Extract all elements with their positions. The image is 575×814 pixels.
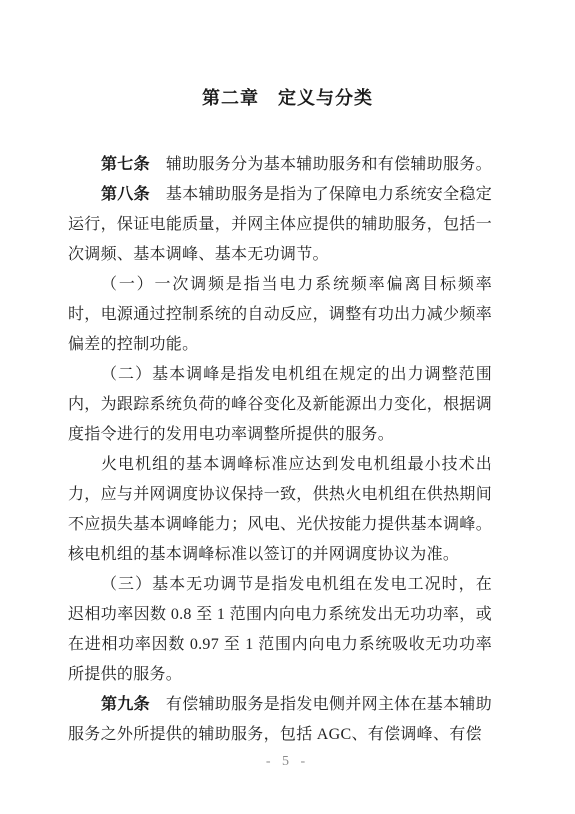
paragraph-article-8: 第八条基本辅助服务是指为了保障电力系统安全稳定运行，保证电能质量，并网主体应提供… [68, 180, 492, 270]
paragraph-item-2: （二）基本调峰是指发电机组在规定的出力调整范围内，为跟踪系统负荷的峰谷变化及新能… [68, 360, 492, 450]
paragraph-item-3: （三）基本无功调节是指发电机组在发电工况时，在迟相功率因数 0.8 至 1 范围… [68, 570, 492, 690]
paragraph-text: 辅助服务分为基本辅助服务和有偿辅助服务。 [166, 156, 492, 173]
article-number-label: 第七条 [101, 156, 150, 173]
paragraph-text: 火电机组的基本调峰标准应达到发电机组最小技术出力，应与并网调度协议保持一致，供热… [68, 456, 492, 563]
article-number-label: 第九条 [101, 696, 150, 713]
chapter-title: 第二章 定义与分类 [0, 87, 575, 109]
document-body: 第七条辅助服务分为基本辅助服务和有偿辅助服务。 第八条基本辅助服务是指为了保障电… [68, 150, 492, 750]
article-number-label: 第八条 [101, 186, 150, 203]
paragraph-text: （一）一次调频是指当电力系统频率偏离目标频率时，电源通过控制系统的自动反应，调整… [68, 276, 492, 353]
document-page: 第二章 定义与分类 第七条辅助服务分为基本辅助服务和有偿辅助服务。 第八条基本辅… [0, 0, 575, 814]
paragraph-text: （二）基本调峰是指发电机组在规定的出力调整范围内，为跟踪系统负荷的峰谷变化及新能… [68, 366, 492, 443]
paragraph-text: （三）基本无功调节是指发电机组在发电工况时，在迟相功率因数 0.8 至 1 范围… [68, 576, 492, 683]
paragraph-article-7: 第七条辅助服务分为基本辅助服务和有偿辅助服务。 [68, 150, 492, 180]
paragraph-article-9: 第九条有偿辅助服务是指发电侧并网主体在基本辅助服务之外所提供的辅助服务，包括 A… [68, 690, 492, 750]
page-number: - 5 - [0, 754, 575, 770]
paragraph-thermal-peak-standard: 火电机组的基本调峰标准应达到发电机组最小技术出力，应与并网调度协议保持一致，供热… [68, 450, 492, 570]
paragraph-item-1: （一）一次调频是指当电力系统频率偏离目标频率时，电源通过控制系统的自动反应，调整… [68, 270, 492, 360]
